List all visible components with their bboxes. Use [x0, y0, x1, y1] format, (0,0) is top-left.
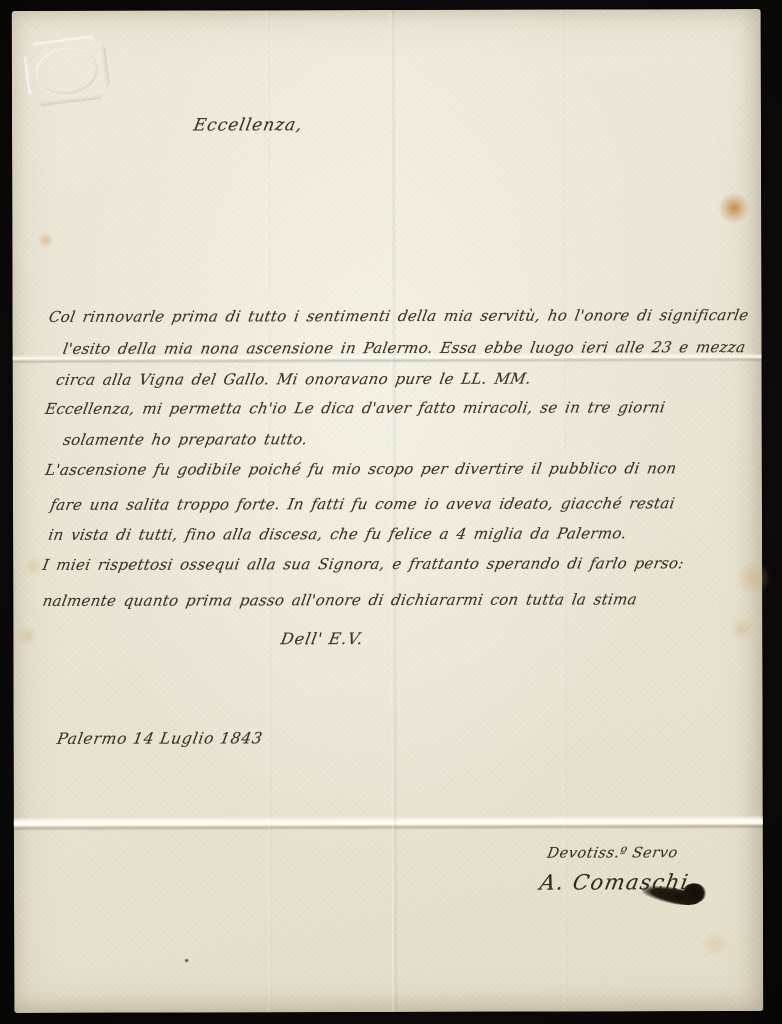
ink-speck	[184, 959, 189, 963]
letter-paper: Eccellenza, Col rinnovarle prima di tutt…	[12, 9, 764, 1013]
ink-blot	[682, 883, 706, 903]
letter-line: nalmente quanto prima passo all'onore di…	[41, 590, 638, 610]
letter-line: solamente ho preparato tutto.	[62, 430, 309, 449]
letter-line: fare una salita troppo forte. In fatti f…	[49, 494, 676, 514]
letter-line: l'esito della mia nona ascensione in Pal…	[62, 338, 747, 358]
foxing-spot	[37, 233, 54, 248]
foxing-spot	[735, 561, 771, 595]
letter-line: circa alla Vigna del Gallo. Mi onoravano…	[55, 370, 533, 389]
valediction: Dell' E.V.	[279, 629, 365, 648]
foxing-spot	[700, 931, 730, 957]
embossed-seal-inner	[33, 44, 100, 97]
foxing-spot	[718, 193, 750, 223]
letter-line: Col rinnovarle prima di tutto i sentimen…	[48, 306, 751, 326]
letter-line: I miei rispettosi ossequi alla sua Signo…	[41, 554, 685, 574]
horizontal-fold-lower	[14, 815, 763, 831]
dateline: Palermo 14 Luglio 1843	[56, 729, 265, 748]
closing-formula: Devotiss.º Servo	[546, 845, 679, 861]
letter-line: Eccellenza, mi permetta ch'io Le dica d'…	[44, 398, 667, 418]
photo-background: Eccellenza, Col rinnovarle prima di tutt…	[0, 0, 782, 1024]
letter-line: in vista di tutti, fino alla discesa, ch…	[47, 524, 628, 544]
foxing-spot	[16, 626, 38, 646]
foxing-spot	[23, 557, 43, 575]
embossed-seal-icon	[22, 34, 111, 108]
salutation: Eccellenza,	[192, 115, 304, 135]
letter-line: L'ascensione fu godibile poiché fu mio s…	[44, 459, 678, 479]
foxing-spot	[729, 617, 755, 641]
